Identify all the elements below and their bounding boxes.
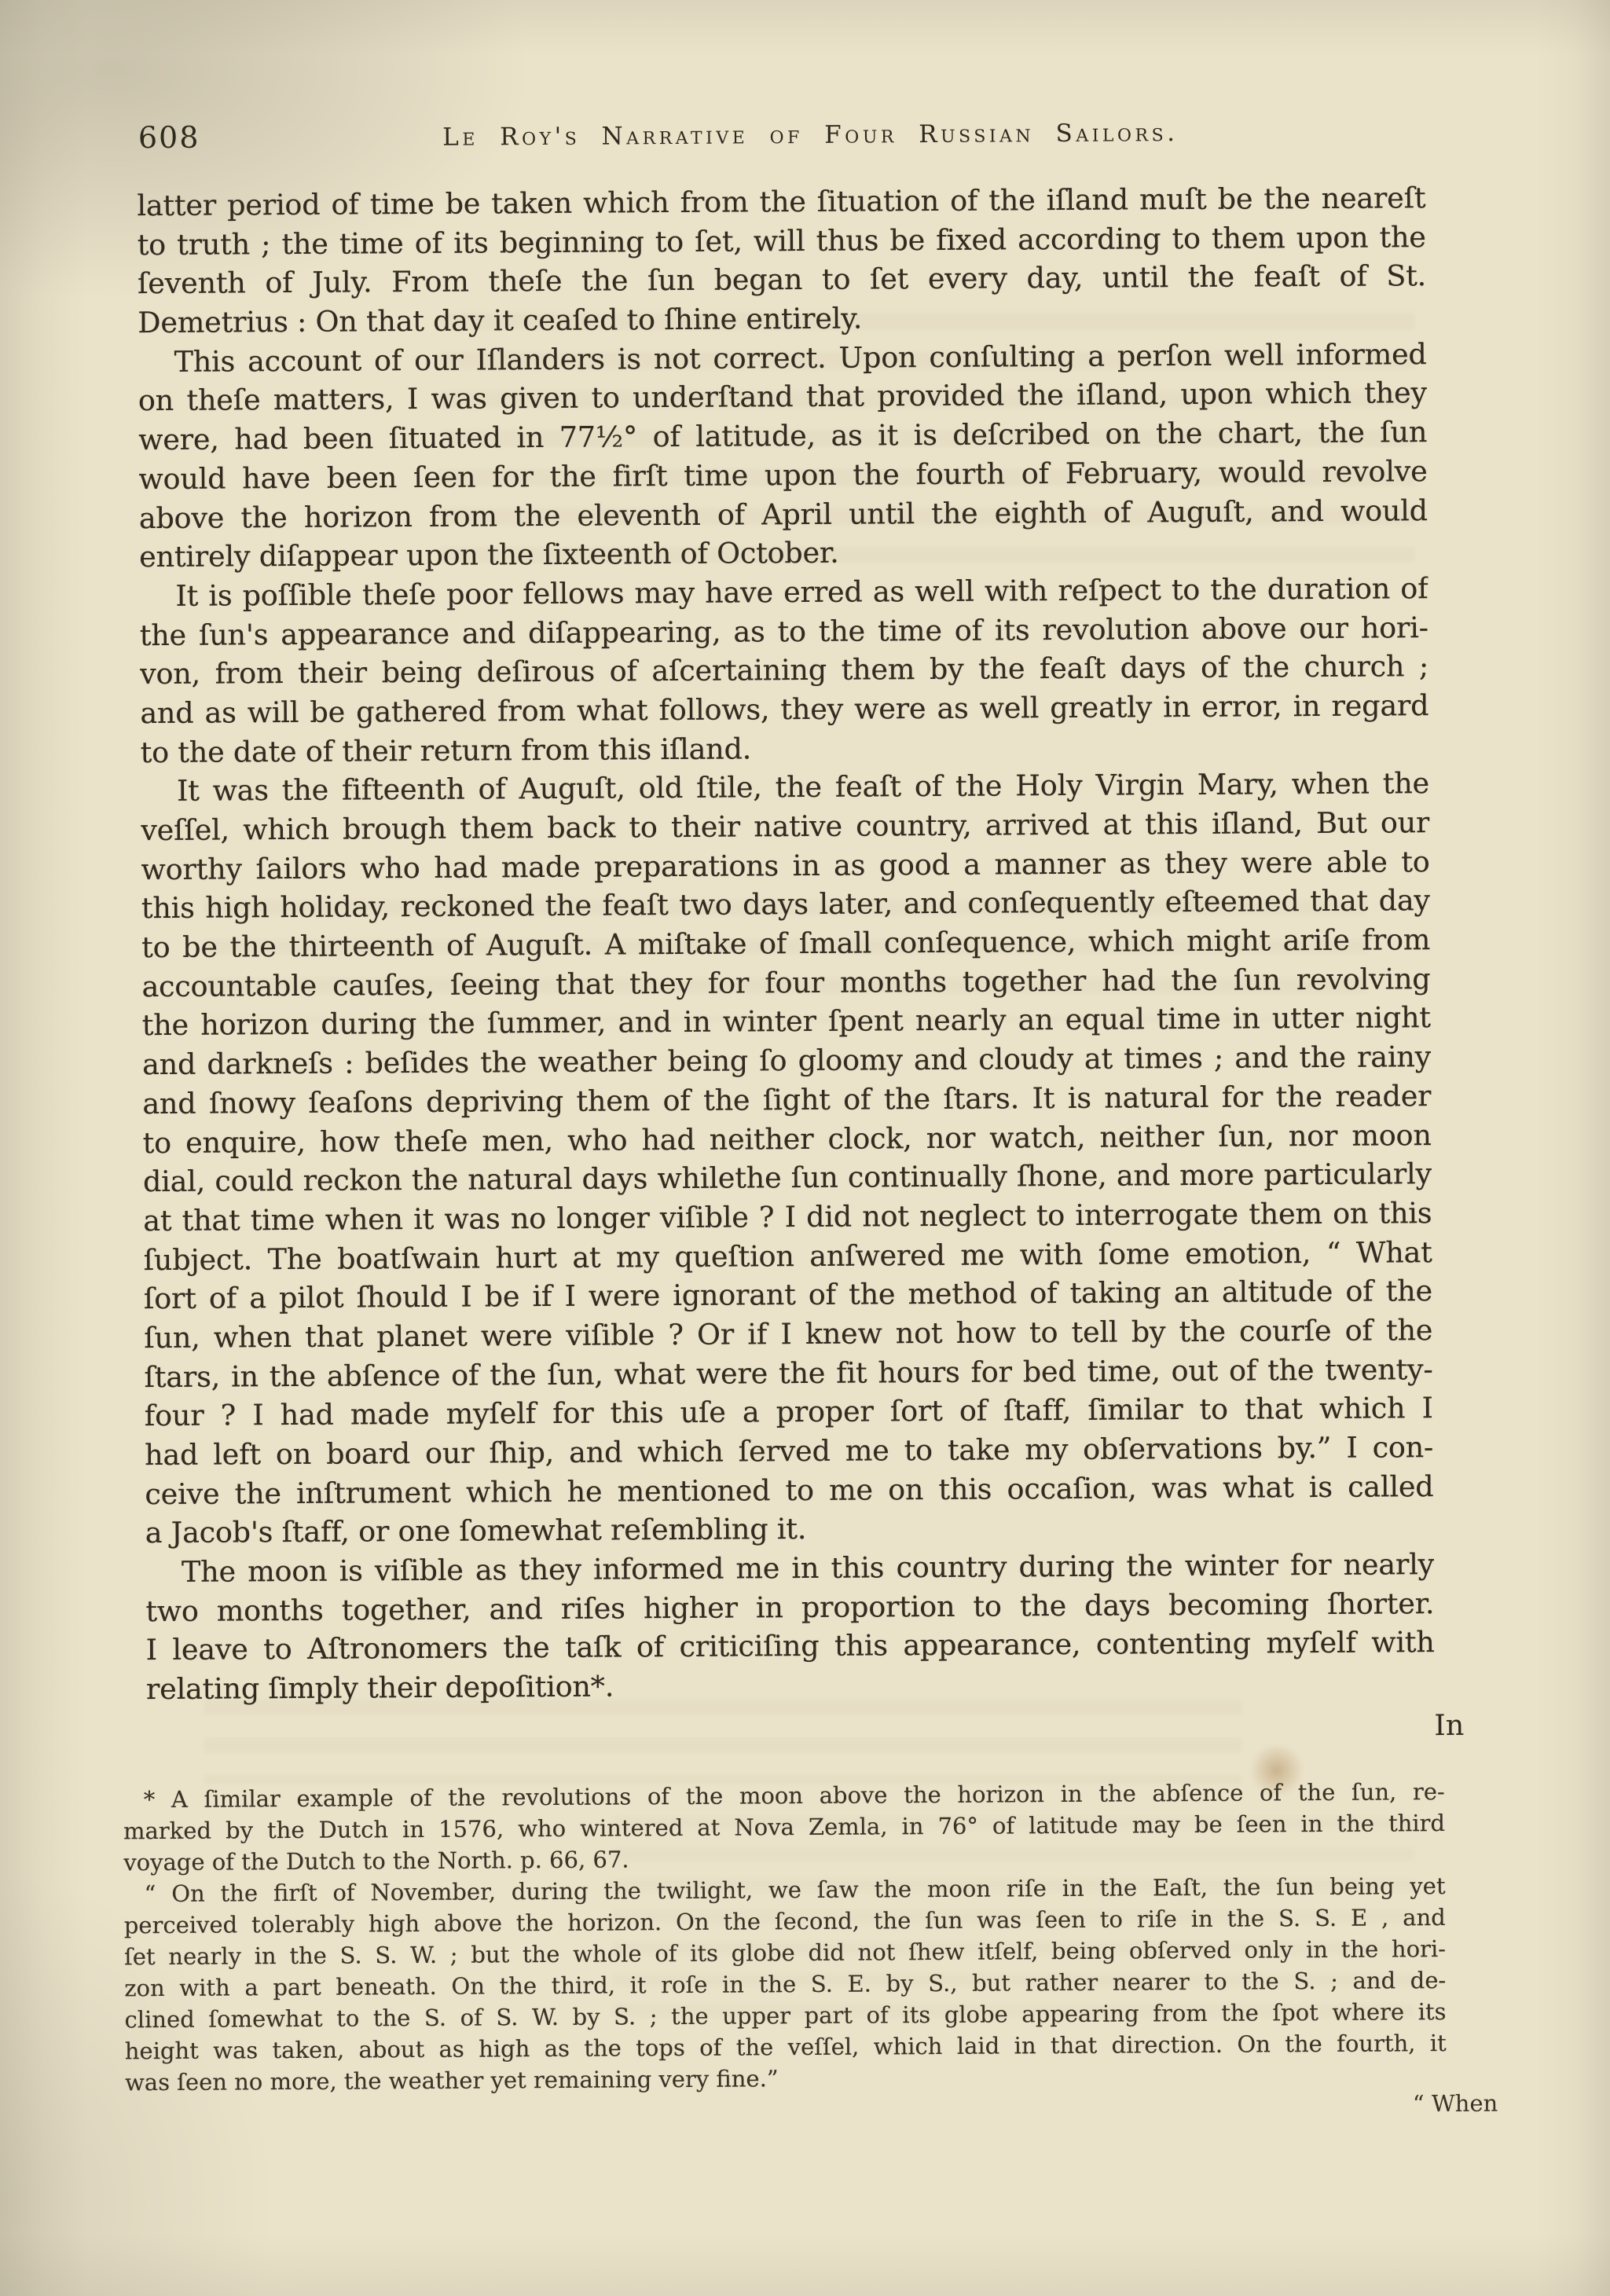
- paragraph: latter period of time be taken which fro…: [137, 178, 1426, 343]
- text-line: relating ſimply their depoſition*.: [146, 1662, 1435, 1709]
- footnote-text: * A ſimilar example of the revolutions o…: [123, 1776, 1447, 2098]
- running-head: 608 Le Roy's Narrative of Four Russian S…: [137, 111, 1425, 166]
- paragraph: The moon is viſible as they informed me …: [145, 1545, 1435, 1709]
- body-text: latter period of time be taken which fro…: [137, 178, 1435, 1709]
- catchword-body: In: [1434, 1706, 1464, 1745]
- paragraph: * A ſimilar example of the revolutions o…: [123, 1776, 1446, 1878]
- paragraph: It was the fifteenth of Auguſt, old ſtil…: [141, 764, 1434, 1553]
- running-title: Le Roy's Narrative of Four Russian Sailo…: [442, 119, 1178, 152]
- paragraph: It is poſſible theſe poor fellows may ha…: [139, 569, 1428, 772]
- text-line: I leave to Aſtronomers the taſk of criti…: [146, 1623, 1435, 1671]
- page-number: 608: [138, 120, 200, 155]
- scanned-book-page: 608 Le Roy's Narrative of Four Russian S…: [0, 0, 1610, 2296]
- text-line: and as will be gathered from what follow…: [140, 686, 1428, 733]
- paragraph: “ On the firſt of November, during the t…: [123, 1870, 1447, 2098]
- page-content: 608 Le Roy's Narrative of Four Russian S…: [0, 0, 1610, 2296]
- text-line: ſeventh of July. From theſe the ſun bega…: [138, 257, 1426, 304]
- text-line: ceive the inſtrument which he mentioned …: [145, 1467, 1433, 1514]
- paragraph: This account of our Iſlanders is not cor…: [138, 335, 1428, 577]
- catchword-footnote: “ When: [1413, 2088, 1498, 2120]
- text-line: above the horizon from the eleventh of A…: [139, 491, 1428, 538]
